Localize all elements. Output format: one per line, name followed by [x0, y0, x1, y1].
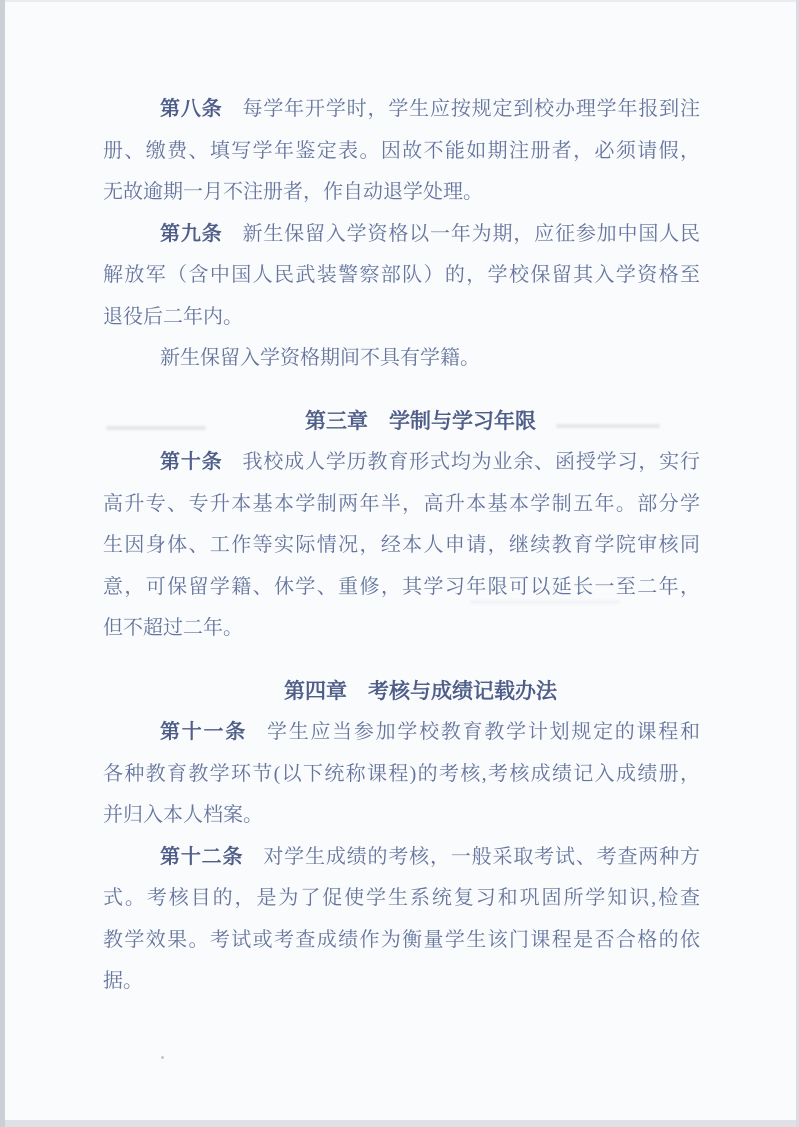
article-number: 第八条 — [160, 98, 223, 120]
doc-line: 据。 — [103, 961, 700, 1003]
scan-dot — [161, 1056, 164, 1059]
document-content: 第八条每学年开学时，学生应按规定到校办理学年报到注册、缴费、填写学年鉴定表。因故… — [103, 89, 700, 1003]
line-text: 册、缴费、填写学年鉴定表。因故不能如期注册者，必须请假， — [103, 140, 700, 162]
scan-smudge — [556, 424, 660, 428]
line-text: 各种教育教学环节(以下统称课程)的考核,考核成绩记入成绩册， — [103, 763, 700, 785]
chapter-heading: 第四章 考核与成绩记载办法 — [141, 671, 700, 713]
doc-line: 并归入本人档案。 — [103, 795, 700, 837]
line-text: 学生应当参加学校教育教学计划规定的课程和 — [267, 721, 700, 743]
line-text: 生因身体、工作等实际情况，经本人申请，继续教育学院审核同 — [103, 534, 700, 556]
line-text: 并归入本人档案。 — [103, 804, 263, 826]
doc-line: 册、缴费、填写学年鉴定表。因故不能如期注册者，必须请假， — [103, 131, 700, 173]
doc-line: 教学效果。考试或考查成绩作为衡量学生该门课程是否合格的依 — [103, 920, 700, 962]
line-text: 我校成人学历教育形式均为业余、函授学习，实行 — [243, 451, 701, 473]
doc-line: 第十二条对学生成绩的考核，一般采取考试、考查两种方 — [103, 837, 700, 879]
doc-line: 各种教育教学环节(以下统称课程)的考核,考核成绩记入成绩册， — [103, 754, 700, 796]
article-number: 第十条 — [160, 451, 223, 473]
scan-smudge — [470, 600, 620, 604]
doc-line: 新生保留入学资格期间不具有学籍。 — [103, 338, 700, 380]
line-text: 意，可保留学籍、休学、重修，其学习年限可以延长一至二年， — [103, 576, 700, 598]
doc-line: 第十一条学生应当参加学校教育教学计划规定的课程和 — [103, 712, 700, 754]
scan-smudge — [106, 426, 206, 430]
doc-line: 式。考核目的，是为了促使学生系统复习和巩固所学知识,检查 — [103, 878, 700, 920]
line-text: 据。 — [103, 970, 143, 992]
line-text: 对学生成绩的考核，一般采取考试、考查两种方 — [263, 846, 700, 868]
line-text: 但不超过二年。 — [103, 617, 243, 639]
doc-line: 高升专、专升本基本学制两年半，高升本基本学制五年。部分学 — [103, 484, 700, 526]
article-number: 第十二条 — [160, 846, 243, 868]
doc-line: 但不超过二年。 — [103, 608, 700, 650]
line-text: 式。考核目的，是为了促使学生系统复习和巩固所学知识,检查 — [103, 887, 700, 909]
doc-line: 无故逾期一月不注册者，作自动退学处理。 — [103, 172, 700, 214]
doc-line: 生因身体、工作等实际情况，经本人申请，继续教育学院审核同 — [103, 525, 700, 567]
chapter-heading: 第三章 学制与学习年限 — [141, 401, 700, 443]
line-text: 退役后二年内。 — [103, 306, 243, 328]
line-text: 第四章 考核与成绩记载办法 — [284, 679, 557, 703]
doc-line: 第九条新生保留入学资格以一年为期，应征参加中国人民 — [103, 214, 700, 256]
line-text: 无故逾期一月不注册者，作自动退学处理。 — [103, 181, 483, 203]
line-text: 教学效果。考试或考查成绩作为衡量学生该门课程是否合格的依 — [103, 929, 700, 951]
line-text: 第三章 学制与学习年限 — [305, 409, 536, 433]
doc-line: 第八条每学年开学时，学生应按规定到校办理学年报到注 — [103, 89, 700, 131]
doc-line: 退役后二年内。 — [103, 297, 700, 339]
line-text: 高升专、专升本基本学制两年半，高升本基本学制五年。部分学 — [103, 493, 700, 515]
article-number: 第十一条 — [160, 721, 247, 743]
doc-line: 第十条我校成人学历教育形式均为业余、函授学习，实行 — [103, 442, 700, 484]
line-text: 每学年开学时，学生应按规定到校办理学年报到注 — [243, 98, 701, 120]
doc-line: 解放军（含中国人民武装警察部队）的，学校保留其入学资格至 — [103, 255, 700, 297]
line-text: 新生保留入学资格期间不具有学籍。 — [160, 347, 480, 369]
line-text: 解放军（含中国人民武装警察部队）的，学校保留其入学资格至 — [103, 264, 700, 286]
article-number: 第九条 — [160, 223, 223, 245]
line-text: 新生保留入学资格以一年为期，应征参加中国人民 — [243, 223, 701, 245]
document-page: 第八条每学年开学时，学生应按规定到校办理学年报到注册、缴费、填写学年鉴定表。因故… — [0, 0, 799, 1127]
